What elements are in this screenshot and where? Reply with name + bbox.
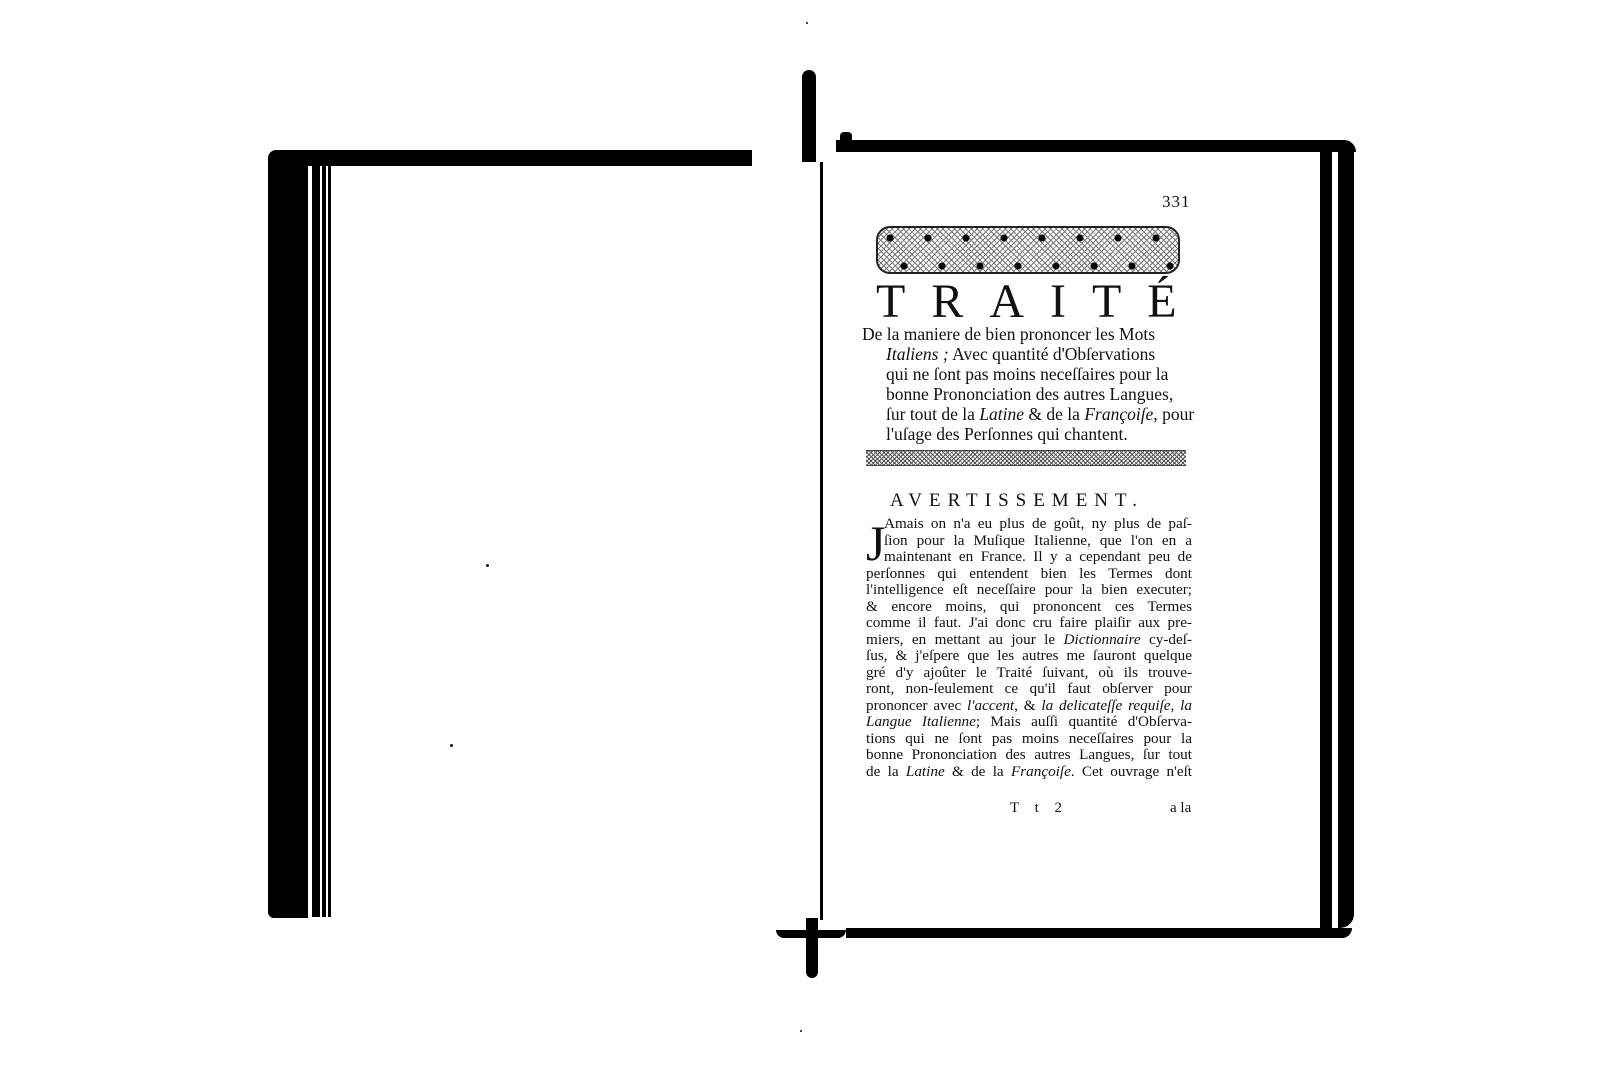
italic-term: l'accent	[967, 697, 1014, 714]
subtitle-line: De la maniere de bien prononcer les Mots	[862, 324, 1192, 344]
left-page-blank	[332, 166, 752, 916]
scan-speck	[486, 564, 489, 567]
body-line: l'intelligence eſt neceſſaire pour la bi…	[866, 582, 1192, 599]
body-line: Langue Italienne; Mais auſſi quantité d'…	[866, 714, 1192, 731]
italic-term: la delicateſſe requiſe	[1041, 697, 1170, 714]
signature-mark: T t 2	[1010, 800, 1068, 817]
italic-term: Dictionnaire	[1064, 631, 1141, 648]
subtitle-line: bonne Prononciation des autres Langues,	[862, 384, 1192, 404]
spine-bottom-spike	[806, 918, 818, 978]
section-heading: AVERTISSEMENT.	[890, 490, 1144, 512]
spine-top-fold	[802, 70, 816, 162]
body-text: miers, en mettant au jour le	[866, 631, 1064, 648]
scan-speck	[800, 1030, 802, 1032]
body-line: bonne Prononciation des autres Langues, …	[866, 747, 1192, 764]
body-line: ſus, & j'eſpere que les autres me ſauron…	[866, 648, 1192, 665]
body-text: prononcer avec	[866, 697, 967, 714]
body-line: ſion pour la Muſique Italienne, que l'on…	[866, 533, 1192, 550]
subtitle-line: l'uſage des Perſonnes qui chantent.	[862, 424, 1192, 444]
page-title: TRAITÉ	[876, 276, 1186, 328]
left-cover-top-edge	[272, 150, 752, 166]
subtitle-line: Italiens ; Avec quantité d'Obſervations	[862, 344, 1192, 364]
italic-term: Françoiſe	[1011, 763, 1071, 780]
catchword: a la	[1170, 800, 1191, 817]
body-line: ront, non-ſeulement ce qu'il faut obſerv…	[866, 681, 1192, 698]
right-cover-top-edge	[836, 140, 1356, 152]
right-page-edge-strip	[1320, 148, 1332, 928]
decorative-headpiece-ornament	[876, 226, 1180, 274]
body-line: maintenant en France. Il y a cependant p…	[866, 549, 1192, 566]
italic-term: la	[1180, 697, 1192, 714]
right-cover-edge	[1338, 140, 1354, 928]
body-line: de la Latine & de la Françoiſe. Cet ouvr…	[866, 764, 1192, 781]
body-paragraph: Amais on n'a eu plus de goût, ny plus de…	[866, 516, 1192, 780]
subtitle-text: Avec quantité d'Obſervations	[949, 344, 1155, 364]
italic-term: Italiens ;	[886, 344, 949, 364]
italic-term: Langue Italienne	[866, 713, 976, 730]
body-text: . Cet ouvrage n'eſt	[1071, 763, 1192, 780]
body-line: prononcer avec l'accent, & la delicateſſ…	[866, 698, 1192, 715]
body-text: ,	[1171, 697, 1181, 714]
book-gutter-line	[820, 162, 823, 920]
body-text: cy-deſ-	[1141, 631, 1192, 648]
body-line: & encore moins, qui prononcent ces Terme…	[866, 599, 1192, 616]
body-line: perſonnes qui entendent bien les Termes …	[866, 566, 1192, 583]
left-page-edge-strip	[328, 165, 331, 917]
body-line: comme il faut. J'ai donc cru faire plaiſ…	[866, 615, 1192, 632]
body-text: de la	[866, 763, 906, 780]
right-cover-bottom-edge	[846, 928, 1352, 938]
subtitle-text: ſur tout de la	[886, 404, 979, 424]
body-text: , &	[1014, 697, 1041, 714]
subtitle-line: qui ne ſont pas moins neceſſaires pour l…	[862, 364, 1192, 384]
subtitle-text: & de la	[1024, 404, 1084, 424]
subtitle-text: , pour	[1153, 404, 1194, 424]
right-cover-clasp	[840, 132, 852, 146]
body-line: miers, en mettant au jour le Dictionnair…	[866, 632, 1192, 649]
body-text: & de la	[945, 763, 1011, 780]
decorative-rule-ornament	[866, 450, 1186, 466]
left-cover-edge	[268, 150, 308, 918]
body-line: Amais on n'a eu plus de goût, ny plus de…	[866, 516, 1192, 533]
italic-term: Latine	[906, 763, 945, 780]
italic-term: Françoiſe	[1084, 404, 1153, 424]
scan-speck	[450, 744, 453, 747]
body-line: gré d'y ajoûter le Traité ſuivant, où il…	[866, 665, 1192, 682]
body-line: tions qui ne ſont pas moins neceſſaires …	[866, 731, 1192, 748]
italic-term: Latine	[979, 404, 1024, 424]
title-description: De la maniere de bien prononcer les Mots…	[862, 324, 1192, 444]
body-text: ; Mais auſſi quantité d'Obſerva-	[976, 713, 1192, 730]
left-page-edge-strip	[312, 165, 320, 917]
subtitle-line: ſur tout de la Latine & de la Françoiſe,…	[862, 404, 1192, 424]
page-number: 331	[1162, 192, 1191, 212]
left-page-edge-strip	[322, 165, 326, 917]
scan-speck	[806, 22, 808, 24]
